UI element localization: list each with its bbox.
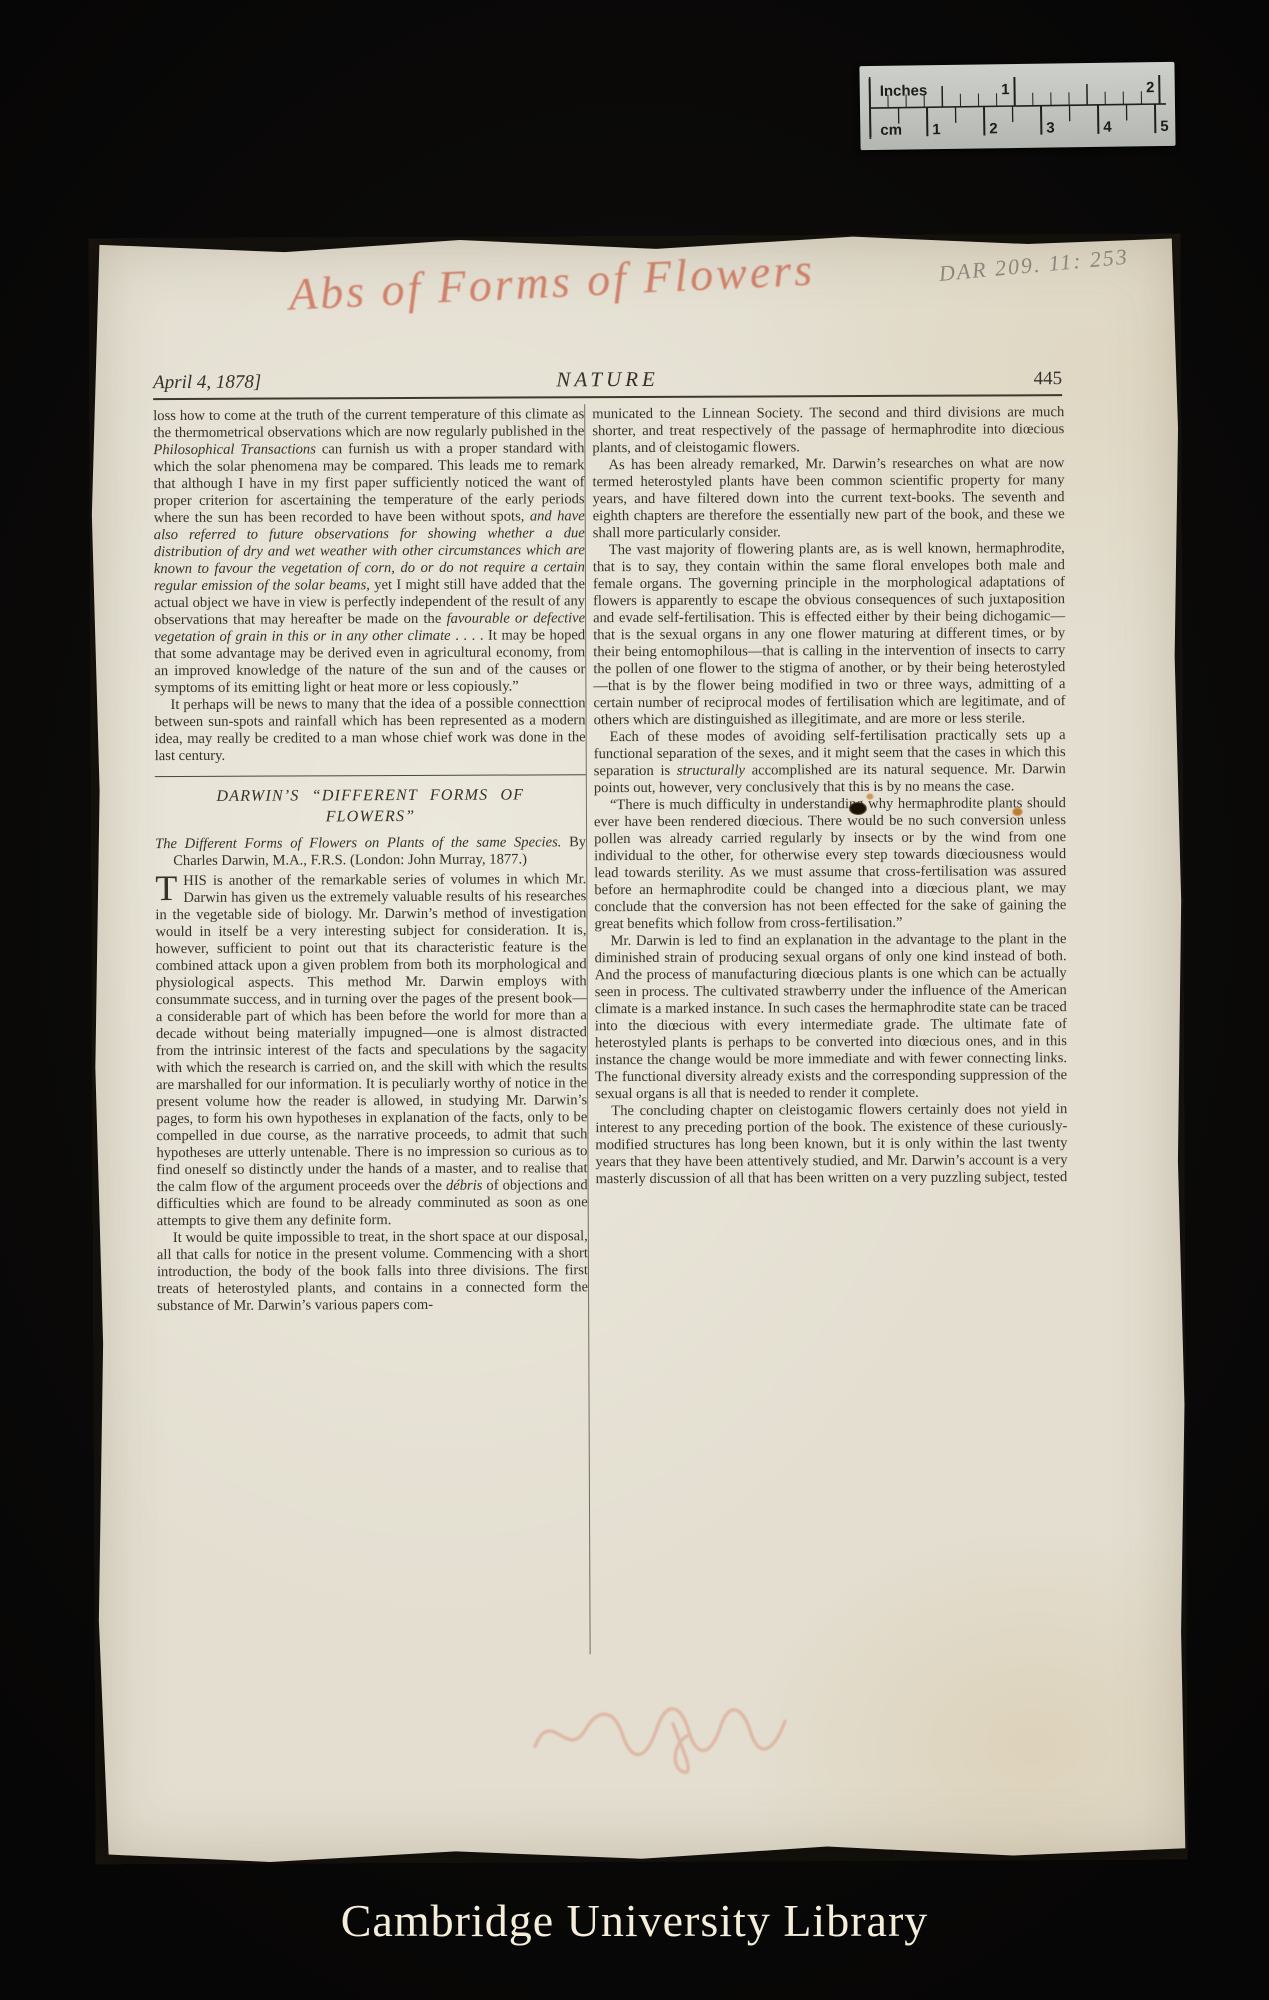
page-header: April 4, 1878] NATURE 445	[153, 356, 1062, 394]
svg-text:1: 1	[932, 121, 941, 138]
paragraph: Each of these modes of avoiding self-fer…	[594, 727, 1066, 797]
article-heading: DARWIN’S “DIFFERENT FORMS OF FLOWERS”	[205, 784, 535, 827]
paragraph: Mr. Darwin is led to find an explanation…	[594, 931, 1067, 1103]
text-run: It would be quite impossible to treat, i…	[157, 1228, 588, 1314]
measurement-ruler: Inches12cm12345	[859, 62, 1175, 150]
svg-text:5: 5	[1160, 118, 1169, 135]
paragraph: THIS is another of the remarkable series…	[155, 871, 588, 1230]
svg-text:1: 1	[1001, 81, 1010, 98]
library-caption: Cambridge University Library	[0, 1894, 1269, 1947]
journal-title: NATURE	[153, 365, 1062, 394]
svg-text:cm: cm	[880, 122, 902, 139]
stain-spot	[1012, 807, 1023, 816]
svg-text:2: 2	[989, 120, 998, 137]
paragraph: The concluding chapter on cleistogamic f…	[595, 1101, 1067, 1188]
text-run: HIS is another of the remarkable series …	[155, 871, 587, 1195]
ink-blot	[849, 802, 867, 815]
svg-text:2: 2	[1146, 79, 1155, 96]
text-run: loss how to come at the truth of the cur…	[153, 406, 584, 441]
text-run: The concluding chapter on cleistogamic f…	[595, 1101, 1067, 1187]
archive-reference-annotation: DAR 209. 11: 253	[938, 244, 1130, 287]
paragraph: loss how to come at the truth of the cur…	[153, 406, 585, 697]
column-left: loss how to come at the truth of the cur…	[153, 406, 588, 1315]
paragraph: municated to the Linnean Society. The se…	[592, 404, 1064, 457]
text-run: municated to the Linnean Society. The se…	[592, 404, 1064, 456]
stain-spot-small	[866, 793, 874, 800]
header-rule	[153, 394, 1062, 400]
text-run: Mr. Darwin is led to find an explanation…	[595, 931, 1068, 1102]
italic-text-run: débris	[446, 1178, 483, 1194]
italic-text-run: structurally	[677, 763, 745, 779]
text-run: As has been already remarked, Mr. Darwin…	[592, 455, 1064, 541]
red-crayon-annotation: Abs of Forms of Flowers	[288, 241, 850, 321]
paragraph: It would be quite impossible to treat, i…	[157, 1228, 588, 1315]
paragraph: The vast majority of flowering plants ar…	[593, 540, 1066, 729]
journal-page: Abs of Forms of Flowers DAR 209. 11: 253…	[88, 234, 1187, 1865]
italic-text-run: The Different Forms of Flowers on Plants…	[155, 834, 561, 852]
paragraph: It perhaps will be news to many that the…	[154, 695, 585, 765]
column-right: municated to the Linnean Society. The se…	[592, 404, 1067, 1188]
text-run: The vast majority of flowering plants ar…	[593, 540, 1066, 728]
scan-photograph: { "colors":{"background":"#0b0a09","page…	[0, 0, 1269, 2000]
article-citation: The Different Forms of Flowers on Plants…	[155, 834, 586, 870]
faint-handwriting	[523, 1683, 823, 1779]
ruler-scale-icon: Inches12cm12345	[859, 62, 1175, 150]
svg-text:Inches: Inches	[880, 82, 928, 100]
section-divider	[155, 774, 586, 777]
text-run: “There is much difficulty in understandi…	[594, 795, 1066, 932]
drop-cap: T	[155, 873, 183, 902]
paragraph: “There is much difficulty in understandi…	[594, 795, 1067, 933]
text-run: It perhaps will be news to many that the…	[155, 695, 586, 764]
page-number: 445	[1034, 368, 1063, 390]
svg-text:3: 3	[1046, 119, 1055, 136]
svg-text:4: 4	[1103, 119, 1112, 136]
italic-text-run: Philosophical Transactions	[153, 441, 316, 458]
paragraph: As has been already remarked, Mr. Darwin…	[592, 455, 1064, 542]
